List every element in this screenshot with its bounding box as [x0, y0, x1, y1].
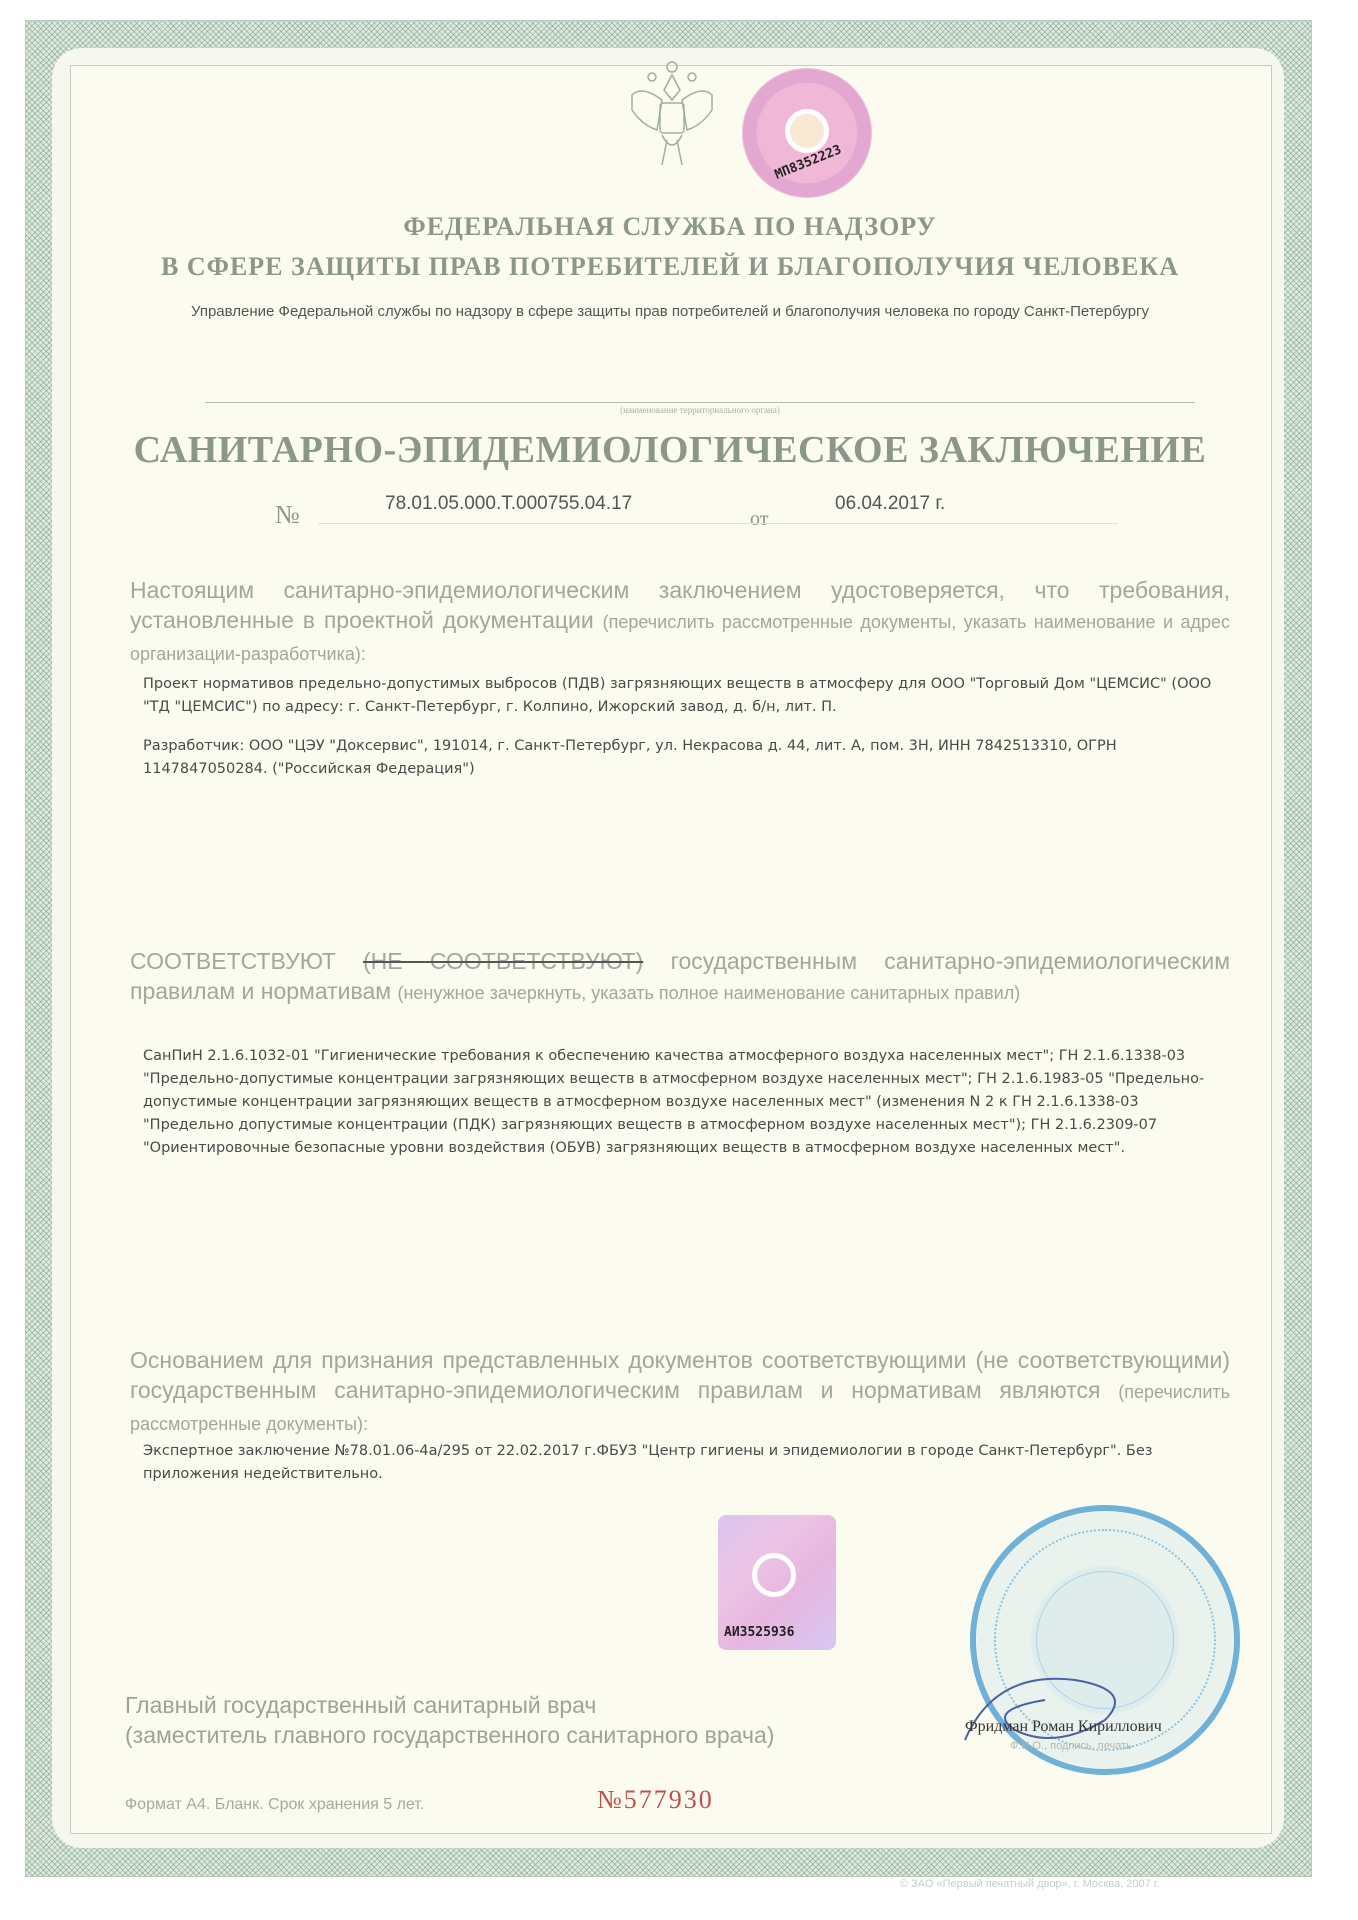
form-format-note: Формат А4. Бланк. Срок хранения 5 лет.	[125, 1796, 424, 1814]
agency-title-line-2: В СФЕРЕ ЗАЩИТЫ ПРАВ ПОТРЕБИТЕЛЕЙ И БЛАГО…	[70, 252, 1270, 282]
number-label: №	[275, 500, 300, 530]
complies-label: СООТВЕТСТВУЮТ	[130, 948, 336, 974]
number-underline	[318, 523, 1118, 524]
document-date: 06.04.2017 г.	[835, 493, 945, 515]
date-label: от	[750, 508, 768, 531]
hologram-c-logo-icon	[752, 1553, 796, 1597]
signer-caption: Ф.И.О., подпись, печать	[1010, 1740, 1132, 1752]
sanitary-rules-list: СанПиН 2.1.6.1032-01 "Гигиенические треб…	[143, 1045, 1233, 1160]
hologram-serial: АИ3525936	[724, 1625, 794, 1640]
hologram-sticker-bottom: АИ3525936	[718, 1515, 836, 1650]
signer-name: Фридман Роман Кириллович	[965, 1718, 1162, 1736]
hologram-sticker-top: МП8352223	[742, 68, 872, 198]
compliance-heading-note: (ненужное зачеркнуть, указать полное наи…	[397, 983, 1020, 1003]
signatory-role-deputy: (заместитель главного государственного с…	[125, 1720, 774, 1750]
territorial-divider	[205, 402, 1195, 403]
expert-conclusion-basis: Экспертное заключение №78.01.06-4а/295 о…	[143, 1440, 1233, 1486]
double-headed-eagle-emblem-icon	[612, 55, 732, 175]
not-complies-struck-label: (НЕ СООТВЕТСТВУЮТ)	[363, 948, 643, 974]
compliance-heading: СООТВЕТСТВУЮТ (НЕ СООТВЕТСТВУЮТ) государ…	[130, 946, 1230, 1008]
docs-heading: Настоящим санитарно-эпидемиологическим з…	[130, 575, 1230, 669]
territorial-caption: (наименование территориального органа)	[205, 405, 1195, 415]
basis-heading-main: Основанием для признания представленных …	[130, 1347, 1230, 1403]
document-title: САНИТАРНО-ЭПИДЕМИОЛОГИЧЕСКОЕ ЗАКЛЮЧЕНИЕ	[70, 428, 1270, 472]
developer-description: Разработчик: ООО "ЦЭУ "Доксервис", 19101…	[143, 735, 1233, 781]
project-description: Проект нормативов предельно-допустимых в…	[143, 673, 1233, 719]
form-serial-number: №577930	[597, 1785, 714, 1815]
territorial-body-name: Управление Федеральной службы по надзору…	[140, 300, 1200, 324]
hologram-c-logo-icon	[785, 109, 829, 153]
document-number: 78.01.05.000.Т.000755.04.17	[385, 493, 632, 515]
handwritten-signature	[955, 1650, 1175, 1770]
basis-heading: Основанием для признания представленных …	[130, 1345, 1230, 1439]
printer-credit: © ЗАО «Первый печатный двор», г. Москва,…	[900, 1878, 1160, 1890]
signatory-role: Главный государственный санитарный врач	[125, 1690, 596, 1720]
agency-title-line-1: ФЕДЕРАЛЬНАЯ СЛУЖБА ПО НАДЗОРУ	[70, 212, 1270, 242]
